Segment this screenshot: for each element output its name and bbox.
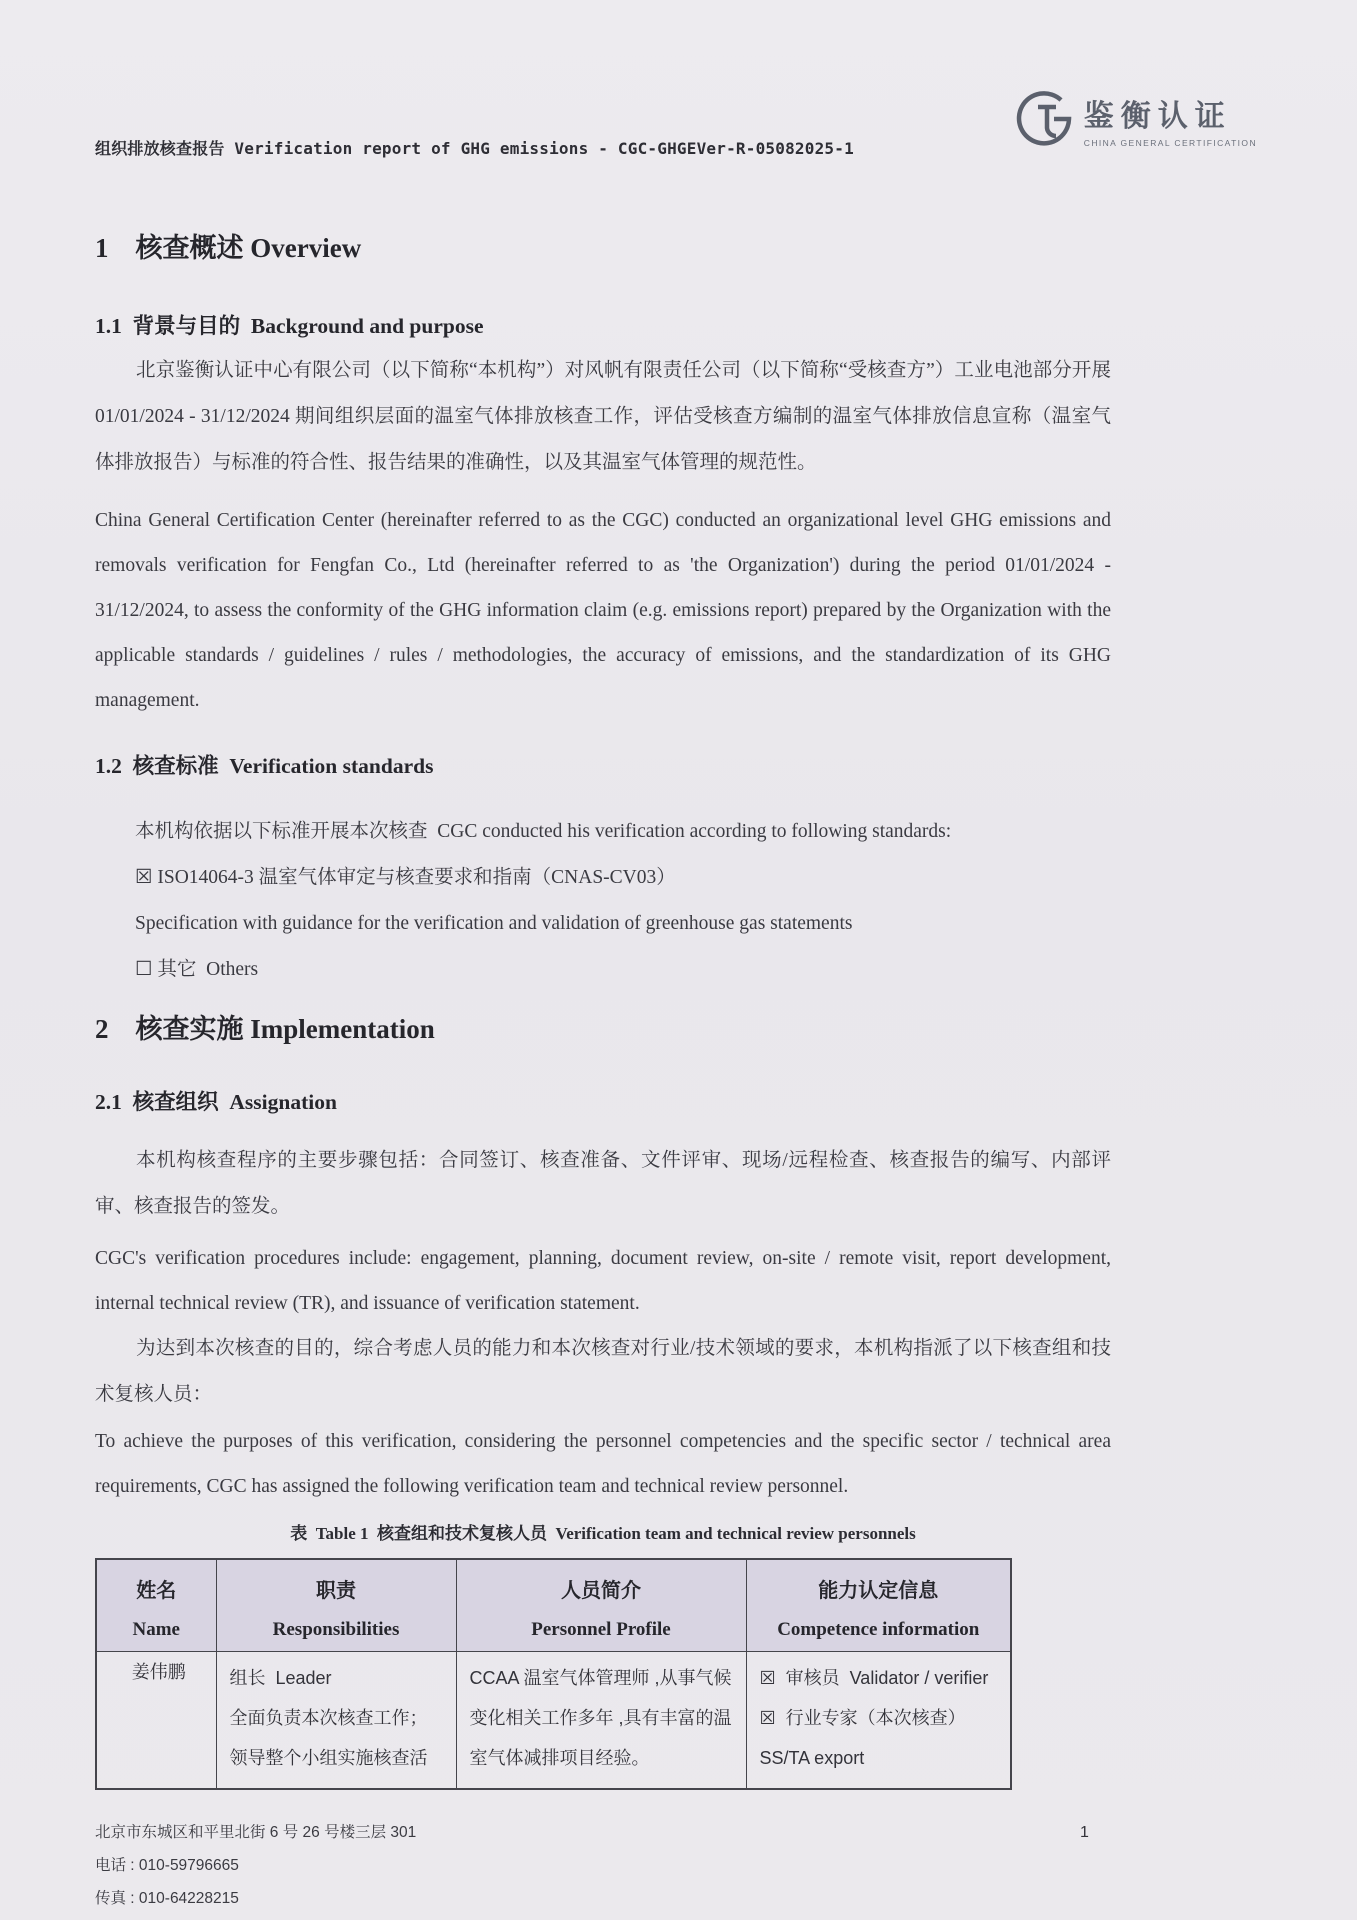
header-responsibilities-cn: 职责 bbox=[217, 1574, 456, 1603]
page-content: 组织排放核查报告 Verification report of GHG emis… bbox=[95, 0, 1111, 1790]
section-1-1-heading: 1.1 背景与目的 Background and purpose bbox=[95, 309, 1111, 340]
responsibility-line: 全面负责本次核查工作； bbox=[230, 1698, 448, 1738]
competence-line-validator-checked: ☒ 审核员 Validator / verifier bbox=[760, 1658, 1003, 1698]
footer-fax: 传真 : 010-64228215 bbox=[95, 1888, 416, 1909]
cell-member-competence: ☒ 审核员 Validator / verifier ☒ 行业专家（本次核查） … bbox=[746, 1652, 1011, 1790]
standards-block: 本机构依据以下标准开展本次核查 CGC conducted his verifi… bbox=[135, 809, 1111, 993]
profile-line: 变化相关工作多年 ,具有丰富的温 bbox=[470, 1698, 738, 1738]
footer-address: 北京市东城区和平里北街 6 号 26 号楼三层 301 bbox=[95, 1822, 416, 1843]
background-paragraph-cn: 北京鉴衡认证中心有限公司（以下简称“本机构”）对风帆有限责任公司（以下简称“受核… bbox=[95, 348, 1111, 486]
responsibility-line: 组长 Leader bbox=[230, 1658, 448, 1698]
page-footer: 北京市东城区和平里北街 6 号 26 号楼三层 301 电话 : 010-597… bbox=[95, 1822, 416, 1920]
assignment-paragraph-en: To achieve the purposes of this verifica… bbox=[95, 1419, 1111, 1509]
column-header-profile: 人员简介 Personnel Profile bbox=[456, 1559, 746, 1652]
background-paragraph-en: China General Certification Center (here… bbox=[95, 498, 1111, 723]
table-1-caption: 表 Table 1 核查组和技术复核人员 Verification team a… bbox=[95, 1519, 1111, 1544]
section-1-2-heading: 1.2 核查标准 Verification standards bbox=[95, 749, 1111, 780]
section-2-heading: 2 核查实施 Implementation bbox=[95, 1007, 1111, 1046]
column-header-responsibilities: 职责 Responsibilities bbox=[216, 1559, 456, 1652]
document-header-title: 组织排放核查报告 Verification report of GHG emis… bbox=[95, 136, 1111, 159]
cell-member-profile: CCAA 温室气体管理师 ,从事气候 变化相关工作多年 ,具有丰富的温 室气体减… bbox=[456, 1652, 746, 1790]
footer-phone: 电话 : 010-59796665 bbox=[95, 1855, 416, 1876]
standard-item-others-unchecked: ☐ 其它 Others bbox=[135, 947, 1111, 993]
assignment-paragraph-cn: 为达到本次核查的目的，综合考虑人员的能力和本次核查对行业/技术领域的要求，本机构… bbox=[95, 1326, 1111, 1418]
cell-member-responsibilities: 组长 Leader 全面负责本次核查工作； 领导整个小组实施核查活 bbox=[216, 1652, 456, 1790]
header-name-en: Name bbox=[97, 1619, 216, 1641]
competence-line-sector-expert-checked: ☒ 行业专家（本次核查） bbox=[760, 1698, 1003, 1738]
verification-team-table: 姓名 Name 职责 Responsibilities 人员简介 Personn… bbox=[95, 1558, 1012, 1790]
header-competence-en: Competence information bbox=[747, 1619, 1011, 1641]
procedures-paragraph-cn: 本机构核查程序的主要步骤包括：合同签订、核查准备、文件评审、现场/远程检查、核查… bbox=[95, 1138, 1111, 1230]
header-name-cn: 姓名 bbox=[97, 1574, 216, 1603]
column-header-competence: 能力认定信息 Competence information bbox=[746, 1559, 1011, 1652]
procedures-paragraph-en: CGC's verification procedures include: e… bbox=[95, 1236, 1111, 1326]
profile-line: CCAA 温室气体管理师 ,从事气候 bbox=[470, 1658, 738, 1698]
page-number: 1 bbox=[1080, 1824, 1089, 1842]
table-header-row: 姓名 Name 职责 Responsibilities 人员简介 Personn… bbox=[96, 1559, 1011, 1652]
standard-item-iso14064-en: Specification with guidance for the veri… bbox=[135, 901, 1111, 947]
header-competence-cn: 能力认定信息 bbox=[747, 1574, 1011, 1603]
competence-line-ss-ta: SS/TA export bbox=[760, 1738, 1003, 1778]
standard-item-iso14064-checked: ☒ ISO14064-3 温室气体审定与核查要求和指南（CNAS-CV03） bbox=[135, 855, 1111, 901]
section-2-1-heading: 2.1 核查组织 Assignation bbox=[95, 1085, 1111, 1116]
section-1-heading: 1 核查概述 Overview bbox=[95, 226, 1111, 265]
standards-intro: 本机构依据以下标准开展本次核查 CGC conducted his verifi… bbox=[135, 809, 1111, 855]
cell-member-name: 姜伟鹏 bbox=[96, 1652, 216, 1790]
document-page: 鉴衡认证 CHINA GENERAL CERTIFICATION 组织排放核查报… bbox=[0, 0, 1357, 1920]
header-profile-en: Personnel Profile bbox=[457, 1619, 746, 1641]
header-responsibilities-en: Responsibilities bbox=[217, 1619, 456, 1641]
table-row: 姜伟鹏 组长 Leader 全面负责本次核查工作； 领导整个小组实施核查活 CC… bbox=[96, 1652, 1011, 1790]
responsibility-line: 领导整个小组实施核查活 bbox=[230, 1738, 448, 1778]
profile-line: 室气体减排项目经验。 bbox=[470, 1738, 738, 1778]
header-profile-cn: 人员简介 bbox=[457, 1574, 746, 1603]
column-header-name: 姓名 Name bbox=[96, 1559, 216, 1652]
